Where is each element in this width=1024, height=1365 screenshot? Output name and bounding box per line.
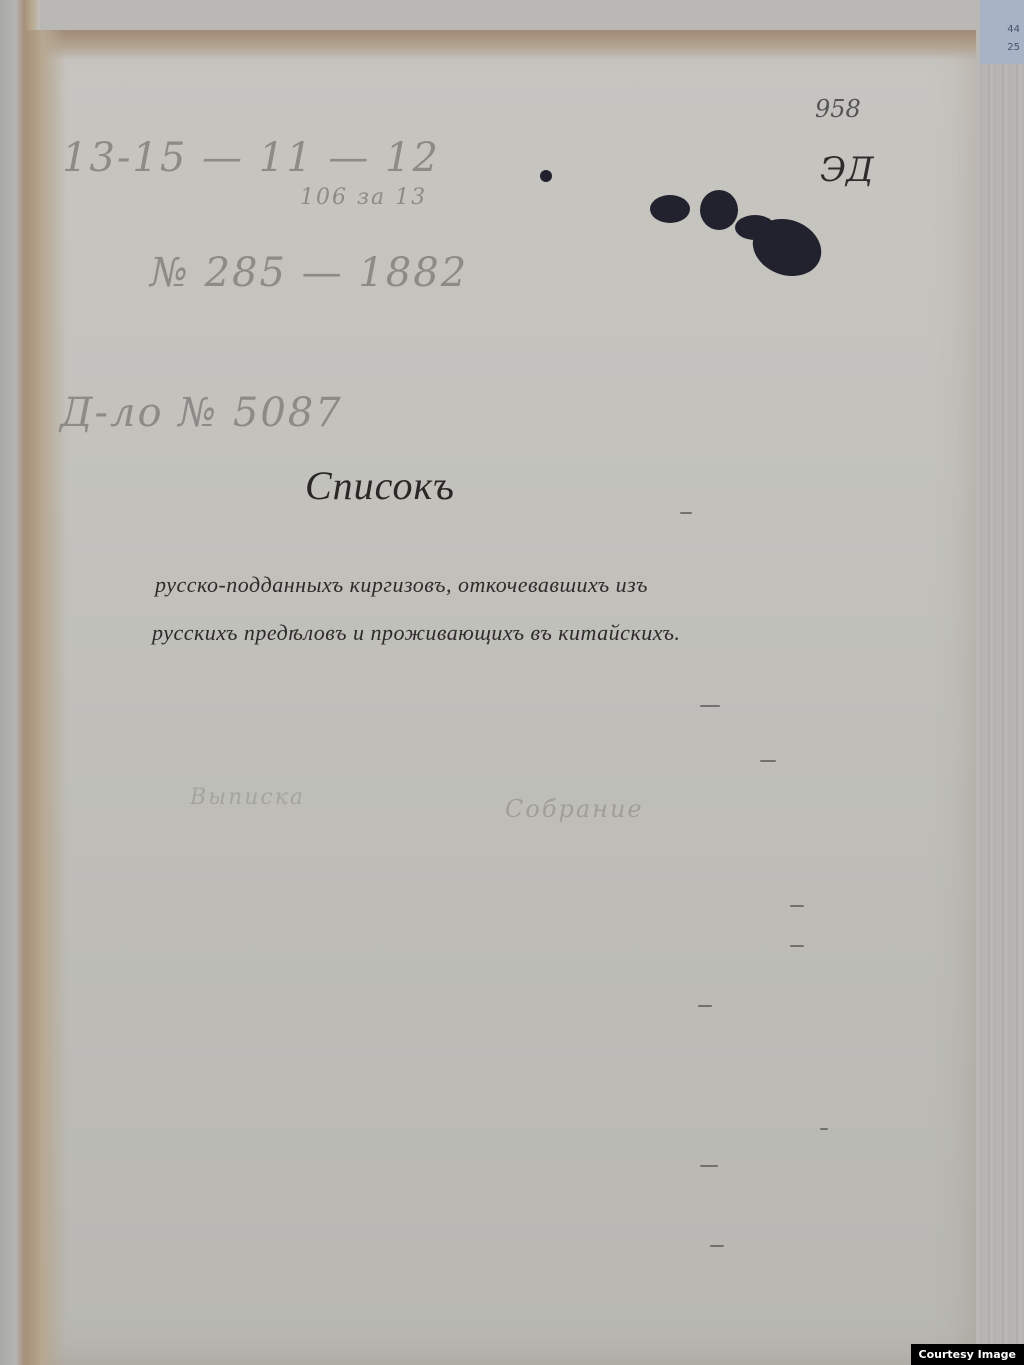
bleed-through-mark <box>710 1245 724 1247</box>
faint-note-right: Собрание <box>505 795 644 823</box>
aged-top-edge <box>26 30 976 60</box>
bleed-through-mark <box>790 905 804 907</box>
bleed-through-mark <box>700 1165 718 1167</box>
archive-corner-tag: 44 25 <box>980 0 1024 64</box>
pencil-note-third: Д-ло № 5087 <box>60 390 343 436</box>
document-page <box>26 30 976 1365</box>
pencil-note-top-sub: 106 за 13 <box>300 185 427 210</box>
folio-number: 958 <box>815 95 861 123</box>
ink-signature: ЭД <box>820 150 874 190</box>
ink-blot <box>540 170 552 182</box>
faint-note-left: Выписка <box>190 785 305 810</box>
body-line-2: русскихъ предѣловъ и проживающихъ въ кит… <box>152 620 680 646</box>
corner-tag-line: 44 <box>1007 24 1020 35</box>
bleed-through-mark <box>698 1005 712 1007</box>
image-credit: Courtesy Image <box>911 1344 1024 1365</box>
bleed-through-mark <box>760 760 776 762</box>
body-line-1: русско-подданныхъ киргизовъ, откочевавши… <box>155 572 648 598</box>
bleed-through-mark <box>790 945 804 947</box>
pencil-note-second: № 285 — 1882 <box>150 250 468 296</box>
ink-blot <box>650 195 690 223</box>
aged-left-edge <box>26 30 66 1365</box>
bleed-through-mark <box>700 705 720 707</box>
corner-tag-line: 25 <box>1007 42 1020 53</box>
pencil-note-top: 13-15 — 11 — 12 <box>62 135 440 181</box>
ink-blot <box>700 190 738 230</box>
document-title: Списокъ <box>305 462 455 509</box>
bleed-through-mark <box>820 1128 828 1130</box>
bleed-through-mark <box>680 512 692 514</box>
